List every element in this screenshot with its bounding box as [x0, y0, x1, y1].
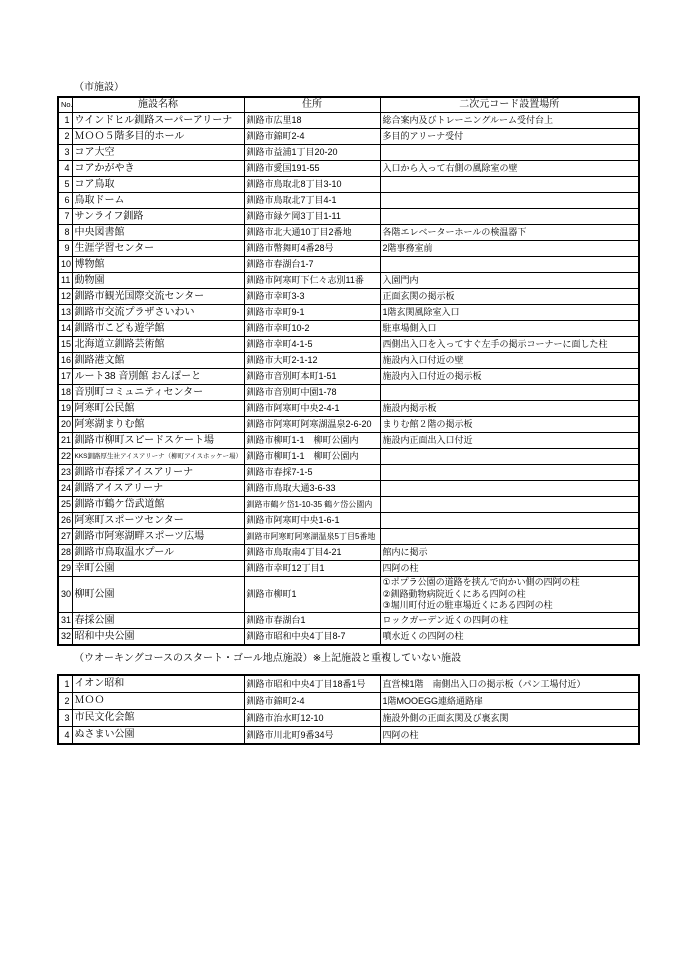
address-cell: 釧路市昭和中央4丁目8-7: [244, 629, 380, 646]
table-header: No. 施設名称 住所 二次元コード設置場所: [58, 97, 639, 113]
address-cell: 釧路市幸町3-3: [244, 289, 380, 305]
qr-location-cell: 正面玄関の掲示板: [380, 289, 639, 305]
table-row: 7サンライフ釧路釧路市緑ケ岡3丁目1-11: [58, 209, 639, 225]
qr-location-cell: [380, 145, 639, 161]
city-facilities-rows: 1ウインドヒル釧路スーパーアリーナ釧路市広里18総合案内及びトレーニングルーム受…: [58, 113, 639, 646]
qr-location-cell: [380, 257, 639, 273]
header-no: No.: [58, 97, 72, 113]
address-cell: 釧路市春採7-1-5: [244, 465, 380, 481]
address-cell: 釧路市柳町1: [244, 577, 380, 613]
qr-location-cell: [380, 481, 639, 497]
facility-name-cell: 鳥取ドーム: [72, 193, 244, 209]
table-row: 2ＭＯＯ釧路市錦町2-41階MOOEGG連絡通路扉: [58, 693, 639, 710]
facility-name-cell: ＭＯＯ: [72, 693, 244, 710]
qr-location-cell: [380, 449, 639, 465]
header-facility: 施設名称: [72, 97, 244, 113]
facility-name-cell: KKS釧路厚生社アイスアリーナ（柳町アイスホッケー場）: [72, 449, 244, 465]
table-row: 8中央図書館釧路市北大通10丁目2番地各階エレベーターホールの検温器下: [58, 225, 639, 241]
qr-location-cell: [380, 497, 639, 513]
table-row: 18音別町コミュニティセンター釧路市音別町中園1-78: [58, 385, 639, 401]
row-number-cell: 14: [58, 321, 72, 337]
address-cell: 釧路市治水町12-10: [244, 710, 380, 727]
qr-location-cell: [380, 193, 639, 209]
table-row: 6鳥取ドーム釧路市鳥取北7丁目4-1: [58, 193, 639, 209]
qr-location-cell: 総合案内及びトレーニングルーム受付台上: [380, 113, 639, 129]
facility-name-cell: 動物園: [72, 273, 244, 289]
address-cell: 釧路市昭和中央4丁目18番1号: [244, 675, 380, 693]
qr-location-cell: 施設内入口付近の掲示板: [380, 369, 639, 385]
table-row: 20阿寒湖まりむ館釧路市阿寒町阿寒湖温泉2-6-20まりむ館２階の掲示板: [58, 417, 639, 433]
facility-name-cell: ＭＯＯ５階多目的ホール: [72, 129, 244, 145]
row-number-cell: 1: [58, 113, 72, 129]
facility-name-cell: 柳町公園: [72, 577, 244, 613]
qr-location-cell: 1階玄関風除室入口: [380, 305, 639, 321]
address-cell: 釧路市音別町本町1-51: [244, 369, 380, 385]
facility-name-cell: 釧路市観光国際交流センター: [72, 289, 244, 305]
row-number-cell: 16: [58, 353, 72, 369]
address-cell: 釧路市広里18: [244, 113, 380, 129]
address-cell: 釧路市阿寒町中央2-4-1: [244, 401, 380, 417]
table-row: 3コア大空釧路市益浦1丁目20-20: [58, 145, 639, 161]
walking-course-section-title: （ウオーキングコースのスタート・ゴール地点施設）※上記施設と重複していない施設: [74, 653, 461, 665]
table-row: 9生涯学習センター釧路市幣舞町4番28号2階事務室前: [58, 241, 639, 257]
address-cell: 釧路市阿寒町阿寒湖温泉5丁目5番地: [244, 529, 380, 545]
table-row: 1イオン昭和釧路市昭和中央4丁目18番1号直営棟1階 南側出入口の掲示板（パン工…: [58, 675, 639, 693]
address-cell: 釧路市錦町2-4: [244, 129, 380, 145]
table-row: 12釧路市観光国際交流センター釧路市幸町3-3正面玄関の掲示板: [58, 289, 639, 305]
facility-name-cell: 中央図書館: [72, 225, 244, 241]
facility-name-cell: 阿寒町公民館: [72, 401, 244, 417]
table-row: 5コア鳥取釧路市鳥取北8丁目3-10: [58, 177, 639, 193]
address-cell: 釧路市音別町中園1-78: [244, 385, 380, 401]
table-row: 4ぬさまい公園釧路市川北町9番34号四阿の柱: [58, 727, 639, 745]
row-number-cell: 11: [58, 273, 72, 289]
table-row: 21釧路市柳町スピードスケート場釧路市柳町1-1 柳町公園内施設内正面出入口付近: [58, 433, 639, 449]
facility-name-cell: 生涯学習センター: [72, 241, 244, 257]
table-row: 14釧路市こども遊学館釧路市幸町10-2駐車場側入口: [58, 321, 639, 337]
address-cell: 釧路市鶴ケ岱1-10-35 鶴ケ岱公園内: [244, 497, 380, 513]
address-cell: 釧路市阿寒町中央1-6-1: [244, 513, 380, 529]
row-number-cell: 25: [58, 497, 72, 513]
facility-name-cell: 釧路市交流プラザさいわい: [72, 305, 244, 321]
walking-course-table: 1イオン昭和釧路市昭和中央4丁目18番1号直営棟1階 南側出入口の掲示板（パン工…: [57, 674, 640, 745]
table-row: 1ウインドヒル釧路スーパーアリーナ釧路市広里18総合案内及びトレーニングルーム受…: [58, 113, 639, 129]
address-cell: 釧路市幣舞町4番28号: [244, 241, 380, 257]
row-number-cell: 20: [58, 417, 72, 433]
row-number-cell: 5: [58, 177, 72, 193]
facility-name-cell: 釧路市阿寒湖畔スポーツ広場: [72, 529, 244, 545]
header-row: No. 施設名称 住所 二次元コード設置場所: [58, 97, 639, 113]
row-number-cell: 18: [58, 385, 72, 401]
qr-location-cell: 噴水近くの四阿の柱: [380, 629, 639, 646]
facility-name-cell: ルート38 音別館 おんぽーと: [72, 369, 244, 385]
table-row: 30柳町公園釧路市柳町1①ポプラ公園の道路を挟んで向かい側の四阿の柱 ②釧路動物…: [58, 577, 639, 613]
address-cell: 釧路市幸町10-2: [244, 321, 380, 337]
facility-name-cell: 釧路アイスアリーナ: [72, 481, 244, 497]
facility-name-cell: 春採公園: [72, 613, 244, 629]
city-facilities-table: No. 施設名称 住所 二次元コード設置場所 1ウインドヒル釧路スーパーアリーナ…: [57, 96, 640, 646]
qr-location-cell: [380, 385, 639, 401]
facility-name-cell: 釧路市鳥取温水プール: [72, 545, 244, 561]
table-row: 13釧路市交流プラザさいわい釧路市幸町9-11階玄関風除室入口: [58, 305, 639, 321]
row-number-cell: 28: [58, 545, 72, 561]
facility-name-cell: 阿寒町スポーツセンター: [72, 513, 244, 529]
table-row: 4コアかがやき釧路市愛国191-55入口から入って右側の風除室の壁: [58, 161, 639, 177]
facility-name-cell: ぬさまい公園: [72, 727, 244, 745]
address-cell: 釧路市緑ケ岡3丁目1-11: [244, 209, 380, 225]
row-number-cell: 2: [58, 693, 72, 710]
row-number-cell: 12: [58, 289, 72, 305]
facility-name-cell: コアかがやき: [72, 161, 244, 177]
facility-name-cell: 釧路市鶴ケ岱武道館: [72, 497, 244, 513]
table-row: 24釧路アイスアリーナ釧路市鳥取大通3-6-33: [58, 481, 639, 497]
qr-location-cell: 駐車場側入口: [380, 321, 639, 337]
address-cell: 釧路市春湖台1: [244, 613, 380, 629]
address-cell: 釧路市鳥取北7丁目4-1: [244, 193, 380, 209]
address-cell: 釧路市柳町1-1 柳町公園内: [244, 433, 380, 449]
address-cell: 釧路市大町2-1-12: [244, 353, 380, 369]
address-cell: 釧路市鳥取大通3-6-33: [244, 481, 380, 497]
header-address: 住所: [244, 97, 380, 113]
address-cell: 釧路市柳町1-1 柳町公園内: [244, 449, 380, 465]
facility-name-cell: 幸町公園: [72, 561, 244, 577]
row-number-cell: 3: [58, 710, 72, 727]
row-number-cell: 6: [58, 193, 72, 209]
table-row: 22KKS釧路厚生社アイスアリーナ（柳町アイスホッケー場）釧路市柳町1-1 柳町…: [58, 449, 639, 465]
table-row: 15北海道立釧路芸術館釧路市幸町4-1-5西側出入口を入ってすぐ左手の掲示コーナ…: [58, 337, 639, 353]
facility-name-cell: 市民文化会館: [72, 710, 244, 727]
walking-course-rows: 1イオン昭和釧路市昭和中央4丁目18番1号直営棟1階 南側出入口の掲示板（パン工…: [58, 675, 639, 744]
row-number-cell: 21: [58, 433, 72, 449]
row-number-cell: 4: [58, 161, 72, 177]
row-number-cell: 17: [58, 369, 72, 385]
row-number-cell: 24: [58, 481, 72, 497]
address-cell: 釧路市幸町4-1-5: [244, 337, 380, 353]
table-row: 26阿寒町スポーツセンター釧路市阿寒町中央1-6-1: [58, 513, 639, 529]
table-row: 28釧路市鳥取温水プール釧路市鳥取南4丁目4-21館内に掲示: [58, 545, 639, 561]
qr-location-cell: まりむ館２階の掲示板: [380, 417, 639, 433]
row-number-cell: 26: [58, 513, 72, 529]
row-number-cell: 22: [58, 449, 72, 465]
row-number-cell: 13: [58, 305, 72, 321]
qr-location-cell: [380, 209, 639, 225]
address-cell: 釧路市鳥取北8丁目3-10: [244, 177, 380, 193]
address-cell: 釧路市阿寒町阿寒湖温泉2-6-20: [244, 417, 380, 433]
row-number-cell: 10: [58, 257, 72, 273]
city-facilities-section-title: （市施設）: [74, 82, 124, 94]
qr-location-cell: [380, 529, 639, 545]
row-number-cell: 30: [58, 577, 72, 613]
row-number-cell: 15: [58, 337, 72, 353]
address-cell: 釧路市幸町9-1: [244, 305, 380, 321]
row-number-cell: 19: [58, 401, 72, 417]
qr-location-cell: 2階事務室前: [380, 241, 639, 257]
qr-location-cell: 施設内入口付近の壁: [380, 353, 639, 369]
facility-name-cell: 釧路市春採アイスアリーナ: [72, 465, 244, 481]
address-cell: 釧路市愛国191-55: [244, 161, 380, 177]
document-page: （市施設） No. 施設名称 住所 二次元コード設置場所 1ウインドヒル釧路スー…: [0, 0, 690, 976]
row-number-cell: 23: [58, 465, 72, 481]
table-row: 19阿寒町公民館釧路市阿寒町中央2-4-1施設内掲示板: [58, 401, 639, 417]
facility-name-cell: コア鳥取: [72, 177, 244, 193]
facility-name-cell: 昭和中央公園: [72, 629, 244, 646]
address-cell: 釧路市鳥取南4丁目4-21: [244, 545, 380, 561]
qr-location-cell: 施設内掲示板: [380, 401, 639, 417]
facility-name-cell: 博物館: [72, 257, 244, 273]
table-row: 2ＭＯＯ５階多目的ホール釧路市錦町2-4多目的アリーナ受付: [58, 129, 639, 145]
qr-location-cell: ①ポプラ公園の道路を挟んで向かい側の四阿の柱 ②釧路動物病院近くにある四阿の柱 …: [380, 577, 639, 613]
table-row: 32昭和中央公園釧路市昭和中央4丁目8-7噴水近くの四阿の柱: [58, 629, 639, 646]
row-number-cell: 4: [58, 727, 72, 745]
row-number-cell: 27: [58, 529, 72, 545]
address-cell: 釧路市川北町9番34号: [244, 727, 380, 745]
table-row: 11動物園釧路市阿寒町下仁々志別11番入園門内: [58, 273, 639, 289]
facility-name-cell: 釧路市こども遊学館: [72, 321, 244, 337]
facility-name-cell: 釧路市柳町スピードスケート場: [72, 433, 244, 449]
row-number-cell: 7: [58, 209, 72, 225]
facility-name-cell: イオン昭和: [72, 675, 244, 693]
qr-location-cell: 四阿の柱: [380, 727, 639, 745]
table-row: 16釧路港文館釧路市大町2-1-12施設内入口付近の壁: [58, 353, 639, 369]
qr-location-cell: ロックガーデン近くの四阿の柱: [380, 613, 639, 629]
row-number-cell: 8: [58, 225, 72, 241]
qr-location-cell: 館内に掲示: [380, 545, 639, 561]
qr-location-cell: [380, 513, 639, 529]
row-number-cell: 2: [58, 129, 72, 145]
facility-name-cell: 釧路港文館: [72, 353, 244, 369]
address-cell: 釧路市幸町12丁目1: [244, 561, 380, 577]
qr-location-cell: [380, 465, 639, 481]
facility-name-cell: 阿寒湖まりむ館: [72, 417, 244, 433]
row-number-cell: 29: [58, 561, 72, 577]
row-number-cell: 3: [58, 145, 72, 161]
table-row: 31春採公園釧路市春湖台1ロックガーデン近くの四阿の柱: [58, 613, 639, 629]
table-row: 25釧路市鶴ケ岱武道館釧路市鶴ケ岱1-10-35 鶴ケ岱公園内: [58, 497, 639, 513]
qr-location-cell: 各階エレベーターホールの検温器下: [380, 225, 639, 241]
address-cell: 釧路市阿寒町下仁々志別11番: [244, 273, 380, 289]
table-row: 10博物館釧路市春湖台1-7: [58, 257, 639, 273]
table-row: 29幸町公園釧路市幸町12丁目1四阿の柱: [58, 561, 639, 577]
row-number-cell: 31: [58, 613, 72, 629]
qr-location-cell: 多目的アリーナ受付: [380, 129, 639, 145]
qr-location-cell: 施設外側の正面玄関及び裏玄関: [380, 710, 639, 727]
header-qr-location: 二次元コード設置場所: [380, 97, 639, 113]
address-cell: 釧路市益浦1丁目20-20: [244, 145, 380, 161]
facility-name-cell: サンライフ釧路: [72, 209, 244, 225]
facility-name-cell: ウインドヒル釧路スーパーアリーナ: [72, 113, 244, 129]
facility-name-cell: 北海道立釧路芸術館: [72, 337, 244, 353]
row-number-cell: 9: [58, 241, 72, 257]
address-cell: 釧路市北大通10丁目2番地: [244, 225, 380, 241]
qr-location-cell: [380, 177, 639, 193]
row-number-cell: 1: [58, 675, 72, 693]
address-cell: 釧路市錦町2-4: [244, 693, 380, 710]
row-number-cell: 32: [58, 629, 72, 646]
qr-location-cell: 西側出入口を入ってすぐ左手の掲示コーナーに面した柱: [380, 337, 639, 353]
table-row: 27釧路市阿寒湖畔スポーツ広場釧路市阿寒町阿寒湖温泉5丁目5番地: [58, 529, 639, 545]
qr-location-cell: 四阿の柱: [380, 561, 639, 577]
facility-name-cell: コア大空: [72, 145, 244, 161]
address-cell: 釧路市春湖台1-7: [244, 257, 380, 273]
qr-location-cell: 施設内正面出入口付近: [380, 433, 639, 449]
table-row: 17ルート38 音別館 おんぽーと釧路市音別町本町1-51施設内入口付近の掲示板: [58, 369, 639, 385]
qr-location-cell: 入口から入って右側の風除室の壁: [380, 161, 639, 177]
facility-name-cell: 音別町コミュニティセンター: [72, 385, 244, 401]
table-row: 3市民文化会館釧路市治水町12-10施設外側の正面玄関及び裏玄関: [58, 710, 639, 727]
qr-location-cell: 入園門内: [380, 273, 639, 289]
qr-location-cell: 1階MOOEGG連絡通路扉: [380, 693, 639, 710]
qr-location-cell: 直営棟1階 南側出入口の掲示板（パン工場付近）: [380, 675, 639, 693]
table-row: 23釧路市春採アイスアリーナ釧路市春採7-1-5: [58, 465, 639, 481]
